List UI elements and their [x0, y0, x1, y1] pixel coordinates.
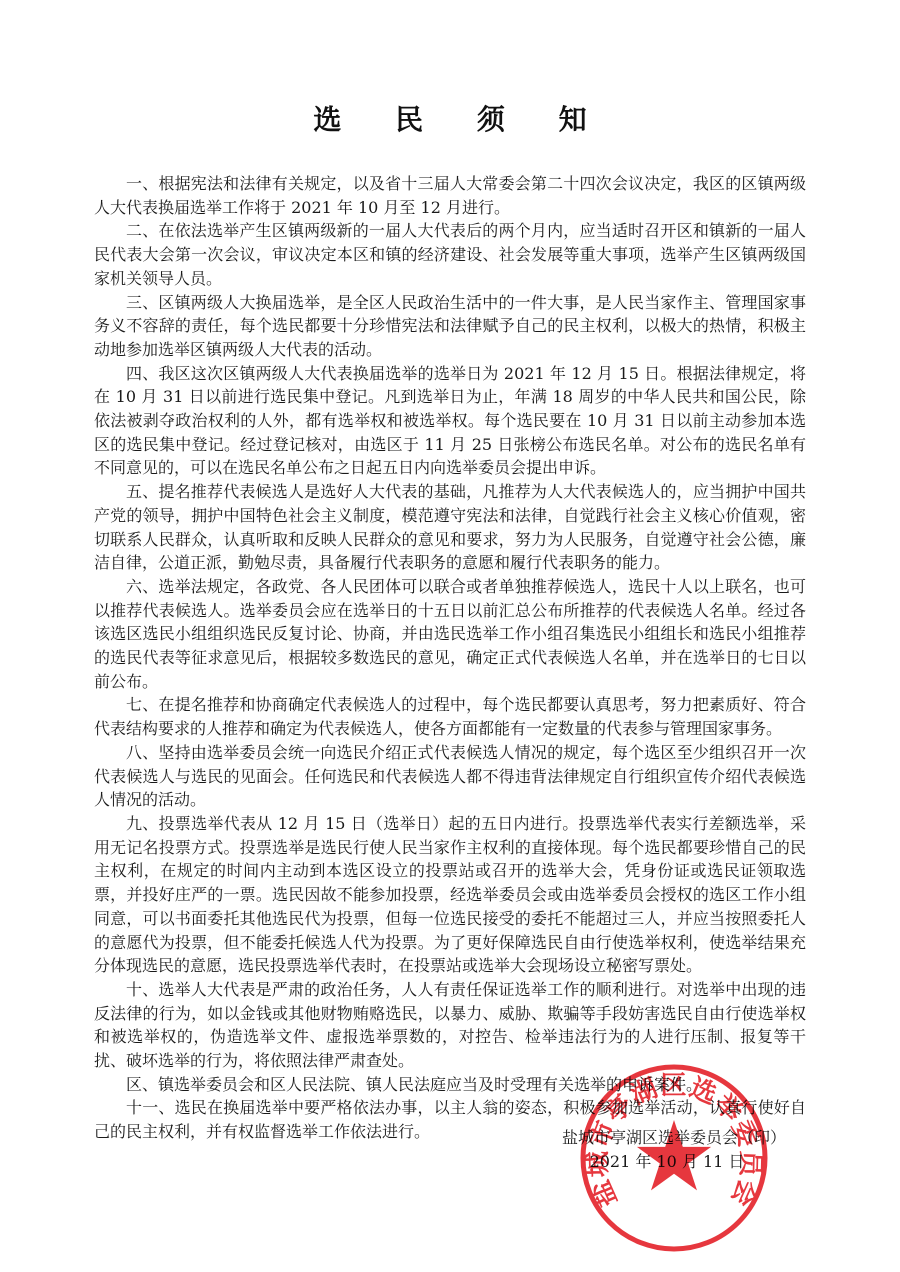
paragraph-1: 一、根据宪法和法律有关规定，以及省十三届人大常委会第二十四次会议决定，我区的区镇… — [94, 172, 806, 219]
paragraph-5: 五、提名推荐代表候选人是选好人大代表的基础，凡推荐为人大代表候选人的，应当拥护中… — [94, 480, 806, 575]
official-seal-stamp: 盐城市亭湖区选举委员会 — [578, 1062, 770, 1254]
page-title: 选 民 须 知 — [0, 100, 900, 140]
paragraph-8: 八、坚持由选举委员会统一向选民介绍正式代表候选人情况的规定，每个选区至少组织召开… — [94, 741, 806, 812]
paragraph-7: 七、在提名推荐和协商确定代表候选人的过程中，每个选民都要认真思考，努力把素质好、… — [94, 693, 806, 740]
document-page: 选 民 须 知 一、根据宪法和法律有关规定，以及省十三届人大常委会第二十四次会议… — [0, 0, 900, 1272]
paragraph-4: 四、我区这次区镇两级人大代表换届选举的选举日为 2021 年 12 月 15 日… — [94, 362, 806, 481]
paragraph-10: 十、选举人大代表是严肃的政治任务，人人有责任保证选举工作的顺利进行。对选举中出现… — [94, 978, 806, 1073]
paragraph-2: 二、在依法选举产生区镇两级新的一届人大代表后的两个月内，应当适时召开区和镇新的一… — [94, 219, 806, 290]
paragraph-9: 九、投票选举代表从 12 月 15 日（选举日）起的五日内进行。投票选举代表实行… — [94, 812, 806, 978]
notice-body: 一、根据宪法和法律有关规定，以及省十三届人大常委会第二十四次会议决定，我区的区镇… — [94, 172, 806, 1144]
paragraph-6: 六、选举法规定，各政党、各人民团体可以联合或者单独推荐候选人，选民十人以上联名，… — [94, 575, 806, 694]
paragraph-3: 三、区镇两级人大换届选举，是全区人民政治生活中的一件大事，是人民当家作主、管理国… — [94, 291, 806, 362]
star-icon — [637, 1120, 711, 1190]
